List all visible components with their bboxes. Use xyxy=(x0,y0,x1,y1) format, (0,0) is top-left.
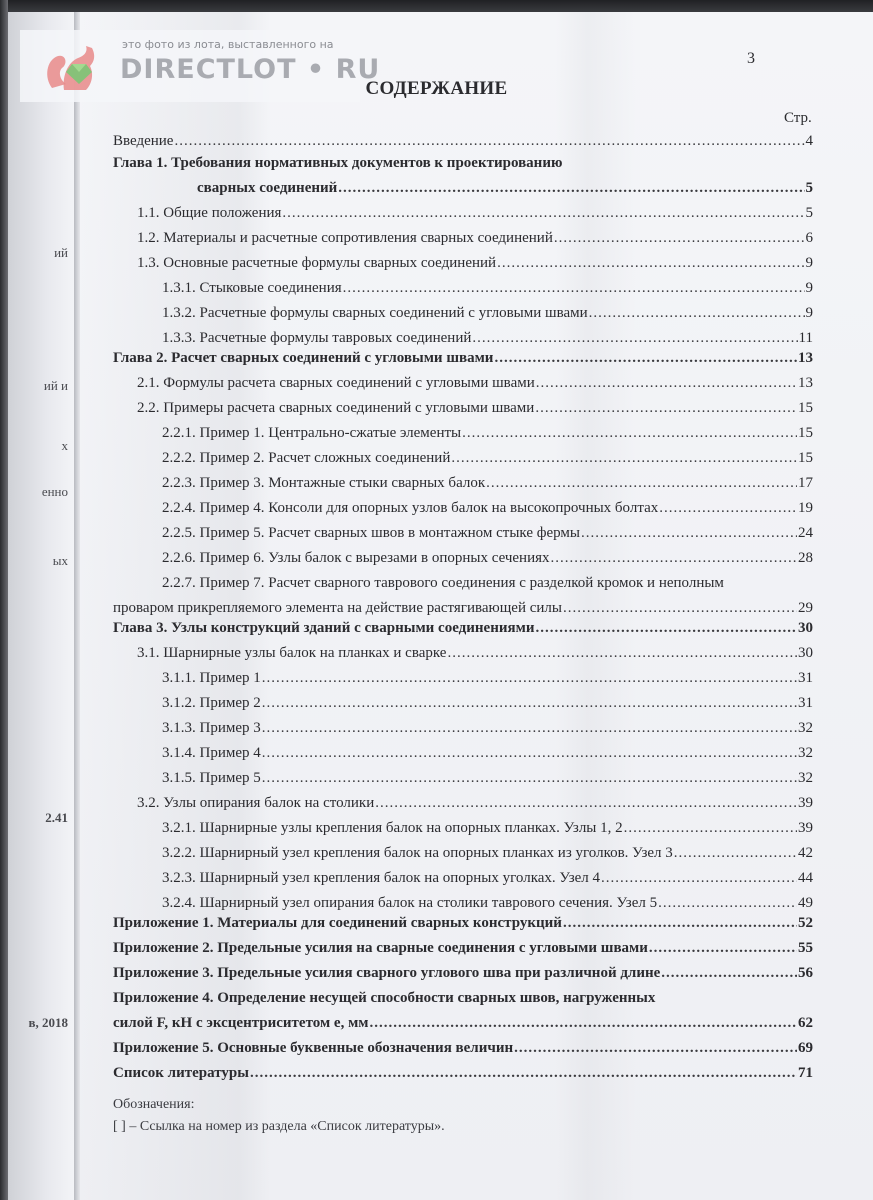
toc-entry-page: 30 xyxy=(798,620,813,637)
toc-entry-label: Список литературы xyxy=(113,1065,249,1082)
toc-leader-dots xyxy=(375,795,797,812)
toc-entry-page: 44 xyxy=(798,870,813,887)
toc-leader-dots xyxy=(497,255,804,272)
toc-entry: 2.2.3. Пример 3. Монтажные стыки сварных… xyxy=(162,475,813,497)
toc-entry-page: 4 xyxy=(806,133,814,150)
toc-entry: Глава 1. Требования нормативных документ… xyxy=(113,155,562,177)
toc-entry: 1.1. Общие положения5 xyxy=(137,205,813,227)
toc-entry: 3.1.1. Пример 131 xyxy=(162,670,813,692)
toc-entry-label: Приложение 2. Предельные усилия на сварн… xyxy=(113,940,648,957)
toc-leader-dots xyxy=(658,895,797,912)
toc-entry-label: Глава 3. Узлы конструкций зданий с сварн… xyxy=(113,620,534,637)
toc-entry-label: проваром прикрепляемого элемента на дейс… xyxy=(113,600,562,617)
toc-entry-label: 3.2.4. Шарнирный узел опирания балок на … xyxy=(162,895,657,912)
toc-entry-page: 5 xyxy=(806,180,814,197)
toc-entry-page: 56 xyxy=(798,965,813,982)
toc-leader-dots xyxy=(262,695,797,712)
toc-entry-label: сварных соединений xyxy=(197,180,337,197)
toc-entry: 3.1.4. Пример 432 xyxy=(162,745,813,767)
toc-entry-label: силой F, кН с эксцентриситетом e, мм xyxy=(113,1015,369,1032)
toc-entry-label: 2.2.6. Пример 6. Узлы балок с вырезами в… xyxy=(162,550,550,567)
toc-entry: 3.2.4. Шарнирный узел опирания балок на … xyxy=(162,895,813,917)
toc-entry-page: 52 xyxy=(798,915,813,932)
toc-entry: 1.2. Материалы и расчетные сопротивления… xyxy=(137,230,813,252)
toc-entry: 3.1.2. Пример 231 xyxy=(162,695,813,717)
previous-page-fragment: в, 2018 xyxy=(28,1015,68,1031)
toc-entry-page: 29 xyxy=(798,600,813,617)
toc-entry-label: 1.3. Основные расчетные формулы сварных … xyxy=(137,255,496,272)
toc-entry: 3.1.5. Пример 532 xyxy=(162,770,813,792)
toc-leader-dots xyxy=(535,620,797,637)
page-number: 3 xyxy=(747,50,755,68)
toc-entry-label: Введение xyxy=(113,133,173,150)
toc-entry-page: 15 xyxy=(798,400,813,417)
toc-entry-page: 5 xyxy=(806,205,814,222)
toc-leader-dots xyxy=(581,525,797,542)
toc-entry-label: Глава 1. Требования нормативных документ… xyxy=(113,155,562,172)
toc-entry-label: Глава 2. Расчет сварных соединений с угл… xyxy=(113,350,493,367)
toc-entry: 3.2. Узлы опирания балок на столики39 xyxy=(137,795,813,817)
toc-entry: Введение4 xyxy=(113,133,813,155)
toc-entry-page: 6 xyxy=(806,230,814,247)
toc-entry: 2.2.1. Пример 1. Центрально-сжатые элеме… xyxy=(162,425,813,447)
page-column-header: Стр. xyxy=(784,110,812,127)
toc-entry-label: Приложение 1. Материалы для соединений с… xyxy=(113,915,562,932)
toc-entry-label: 2.2.5. Пример 5. Расчет сварных швов в м… xyxy=(162,525,580,542)
toc-leader-dots xyxy=(674,845,797,862)
toc-entry-page: 13 xyxy=(798,350,813,367)
toc-entry: 1.3. Основные расчетные формулы сварных … xyxy=(137,255,813,277)
toc-leader-dots xyxy=(563,600,797,617)
previous-page-fragment: енно xyxy=(42,484,68,500)
toc-leader-dots xyxy=(262,745,797,762)
toc-entry: 2.2.7. Пример 7. Расчет сварного таврово… xyxy=(162,575,724,597)
toc-leader-dots xyxy=(370,1015,797,1032)
toc-entry: проваром прикрепляемого элемента на дейс… xyxy=(113,600,813,622)
toc-entry-page: 24 xyxy=(798,525,813,542)
toc-entry-label: 1.2. Материалы и расчетные сопротивления… xyxy=(137,230,553,247)
toc-entry-label: 3.1.1. Пример 1 xyxy=(162,670,261,687)
toc-entry-page: 15 xyxy=(798,425,813,442)
toc-entry: 2.2.5. Пример 5. Расчет сварных швов в м… xyxy=(162,525,813,547)
toc-entry-page: 19 xyxy=(798,500,813,517)
toc-entry-page: 17 xyxy=(798,475,813,492)
toc-entry-label: 3.1.2. Пример 2 xyxy=(162,695,261,712)
toc-leader-dots xyxy=(486,475,797,492)
toc-entry: Глава 3. Узлы конструкций зданий с сварн… xyxy=(113,620,813,642)
toc-entry-page: 39 xyxy=(798,795,813,812)
toc-entry-page: 62 xyxy=(798,1015,813,1032)
toc-leader-dots xyxy=(338,180,804,197)
toc-entry-page: 13 xyxy=(798,375,813,392)
toc-entry-page: 31 xyxy=(798,695,813,712)
toc-entry: сварных соединений5 xyxy=(197,180,813,202)
toc-leader-dots xyxy=(536,375,797,392)
toc-entry-page: 32 xyxy=(798,720,813,737)
toc-entry-page: 32 xyxy=(798,770,813,787)
toc-entry: 1.3.2. Расчетные формулы сварных соедине… xyxy=(162,305,813,327)
toc-leader-dots xyxy=(601,870,797,887)
toc-entry-page: 49 xyxy=(798,895,813,912)
toc-entry-page: 9 xyxy=(806,280,814,297)
toc-leader-dots xyxy=(514,1040,797,1057)
toc-leader-dots xyxy=(659,500,797,517)
toc-entry-label: 3.2.3. Шарнирный узел крепления балок на… xyxy=(162,870,600,887)
toc-entry: Глава 2. Расчет сварных соединений с угл… xyxy=(113,350,813,372)
toc-entry-label: 1.3.1. Стыковые соединения xyxy=(162,280,342,297)
notes-heading: Обозначения: xyxy=(113,1097,445,1119)
toc-entry-label: 2.2.7. Пример 7. Расчет сварного таврово… xyxy=(162,575,724,592)
toc-entry-label: 3.2. Узлы опирания балок на столики xyxy=(137,795,374,812)
toc-leader-dots xyxy=(624,820,797,837)
toc-leader-dots xyxy=(250,1065,797,1082)
toc-leader-dots xyxy=(661,965,797,982)
toc-leader-dots xyxy=(494,350,797,367)
toc-entry-label: 2.2.1. Пример 1. Центрально-сжатые элеме… xyxy=(162,425,461,442)
toc-entry: 2.2. Примеры расчета сварных соединений … xyxy=(137,400,813,422)
toc-entry-page: 42 xyxy=(798,845,813,862)
toc-leader-dots xyxy=(343,280,805,297)
toc-entry-label: 3.1.5. Пример 5 xyxy=(162,770,261,787)
toc-entry-page: 11 xyxy=(799,330,813,347)
toc-leader-dots xyxy=(451,450,797,467)
toc-leader-dots xyxy=(589,305,805,322)
previous-page-fragment: ых xyxy=(53,553,68,569)
toc-leader-dots xyxy=(282,205,804,222)
toc-entry-label: 3.1.3. Пример 3 xyxy=(162,720,261,737)
toc-entry-page: 28 xyxy=(798,550,813,567)
toc-entry-page: 39 xyxy=(798,820,813,837)
toc-leader-dots xyxy=(563,915,797,932)
toc-entry: 3.2.3. Шарнирный узел крепления балок на… xyxy=(162,870,813,892)
notes-section: Обозначения: [ ] – Ссылка на номер из ра… xyxy=(113,1097,445,1141)
toc-entry-label: 1.3.2. Расчетные формулы сварных соедине… xyxy=(162,305,588,322)
toc-entry: Приложение 3. Предельные усилия сварного… xyxy=(113,965,813,987)
toc-leader-dots xyxy=(472,330,797,347)
toc-entry-page: 9 xyxy=(806,255,814,272)
toc-entry: 2.2.2. Пример 2. Расчет сложных соединен… xyxy=(162,450,813,472)
toc-entry-page: 31 xyxy=(798,670,813,687)
toc-leader-dots xyxy=(649,940,797,957)
toc-entry-label: 3.1.4. Пример 4 xyxy=(162,745,261,762)
toc-leader-dots xyxy=(535,400,797,417)
page-title: СОДЕРЖАНИЕ xyxy=(0,78,873,100)
scan-left-edge xyxy=(0,0,8,1200)
toc-entry: Список литературы71 xyxy=(113,1065,813,1087)
watermark-caption: это фото из лота, выставленного на xyxy=(122,38,334,51)
toc-entry-page: 55 xyxy=(798,940,813,957)
toc-entry-label: 2.2.3. Пример 3. Монтажные стыки сварных… xyxy=(162,475,485,492)
toc-entry: силой F, кН с эксцентриситетом e, мм62 xyxy=(113,1015,813,1037)
toc-entry: 3.2.2. Шарнирный узел крепления балок на… xyxy=(162,845,813,867)
toc-entry: Приложение 1. Материалы для соединений с… xyxy=(113,915,813,937)
toc-entry-label: 2.2.4. Пример 4. Консоли для опорных узл… xyxy=(162,500,658,517)
toc-entry-label: Приложение 3. Предельные усилия сварного… xyxy=(113,965,660,982)
toc-entry: 2.1. Формулы расчета сварных соединений … xyxy=(137,375,813,397)
toc-entry-label: Приложение 4. Определение несущей способ… xyxy=(113,990,655,1007)
toc-entry-label: 1.3.3. Расчетные формулы тавровых соедин… xyxy=(162,330,471,347)
toc-entry-label: 2.1. Формулы расчета сварных соединений … xyxy=(137,375,535,392)
toc-entry: 2.2.6. Пример 6. Узлы балок с вырезами в… xyxy=(162,550,813,572)
scan-top-edge xyxy=(0,0,873,12)
toc-entry-page: 9 xyxy=(806,305,814,322)
previous-page-fragment: х xyxy=(62,438,69,454)
toc-entry-page: 32 xyxy=(798,745,813,762)
toc-leader-dots xyxy=(554,230,805,247)
toc-entry-label: 2.2.2. Пример 2. Расчет сложных соединен… xyxy=(162,450,450,467)
toc-entry: 3.2.1. Шарнирные узлы крепления балок на… xyxy=(162,820,813,842)
toc-entry: Приложение 4. Определение несущей способ… xyxy=(113,990,655,1012)
toc-entry: Приложение 2. Предельные усилия на сварн… xyxy=(113,940,813,962)
toc-leader-dots xyxy=(262,670,797,687)
toc-leader-dots xyxy=(262,770,797,787)
toc-entry: 3.1.3. Пример 332 xyxy=(162,720,813,742)
toc-entry-label: 3.2.1. Шарнирные узлы крепления балок на… xyxy=(162,820,623,837)
toc-entry-page: 71 xyxy=(798,1065,813,1082)
toc-entry: 1.3.3. Расчетные формулы тавровых соедин… xyxy=(162,330,813,352)
previous-page-fragment: ий xyxy=(54,245,68,261)
previous-page-fragment: ий и xyxy=(44,378,68,394)
toc-entry-label: 3.2.2. Шарнирный узел крепления балок на… xyxy=(162,845,673,862)
toc-leader-dots xyxy=(462,425,797,442)
toc-entry-page: 15 xyxy=(798,450,813,467)
toc-entry: 2.2.4. Пример 4. Консоли для опорных узл… xyxy=(162,500,813,522)
toc-entry-label: 3.1. Шарнирные узлы балок на планках и с… xyxy=(137,645,446,662)
toc-entry: 1.3.1. Стыковые соединения9 xyxy=(162,280,813,302)
toc-entry-label: 2.2. Примеры расчета сварных соединений … xyxy=(137,400,534,417)
previous-page-fragment: 2.41 xyxy=(45,810,68,826)
toc-entry-label: Приложение 5. Основные буквенные обознач… xyxy=(113,1040,513,1057)
toc-leader-dots xyxy=(174,133,804,150)
toc-entry-page: 69 xyxy=(798,1040,813,1057)
toc-leader-dots xyxy=(447,645,797,662)
toc-entry-label: 1.1. Общие положения xyxy=(137,205,281,222)
toc-entry: 3.1. Шарнирные узлы балок на планках и с… xyxy=(137,645,813,667)
toc-leader-dots xyxy=(551,550,797,567)
notes-line: [ ] – Ссылка на номер из раздела «Список… xyxy=(113,1119,445,1141)
previous-page-margin: ийий ихенноых2.41в, 2018 xyxy=(8,12,74,1200)
toc-entry: Приложение 5. Основные буквенные обознач… xyxy=(113,1040,813,1062)
toc-entry-page: 30 xyxy=(798,645,813,662)
toc-leader-dots xyxy=(262,720,797,737)
